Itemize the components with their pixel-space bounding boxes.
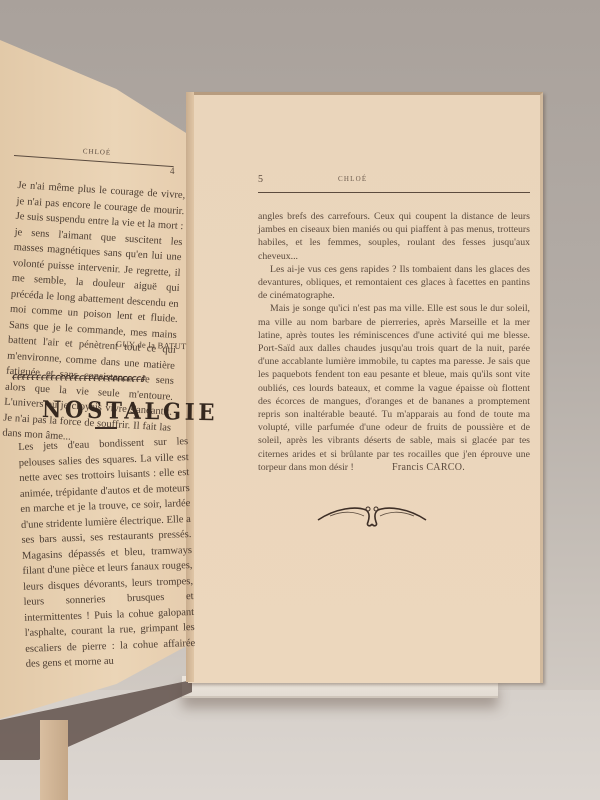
left-cover-edge bbox=[40, 720, 68, 800]
right-page-number: 5 bbox=[258, 174, 263, 185]
right-signature: Francis CARCO. bbox=[392, 462, 465, 473]
right-paragraph-3: Mais je songe qu'ici n'est pas ma ville.… bbox=[258, 302, 530, 474]
left-page-number: 4 bbox=[170, 166, 175, 176]
right-paragraph-1: angles brefs des carrefours. Ceux qui co… bbox=[258, 210, 530, 263]
left-paragraph-2: Les jets d'eau bondissent sur les pelous… bbox=[18, 434, 196, 672]
section-title: NOSTALGIE bbox=[42, 396, 219, 426]
right-header-rule bbox=[258, 192, 530, 193]
tailpiece-ornament-icon bbox=[316, 500, 428, 530]
right-paragraph-2: Les ai-je vus ces gens rapides ? Ils tom… bbox=[258, 263, 530, 303]
title-rule bbox=[95, 427, 117, 429]
right-body-text: angles brefs des carrefours. Ceux qui co… bbox=[258, 210, 530, 474]
right-running-head: CHLOÉ bbox=[338, 175, 367, 183]
